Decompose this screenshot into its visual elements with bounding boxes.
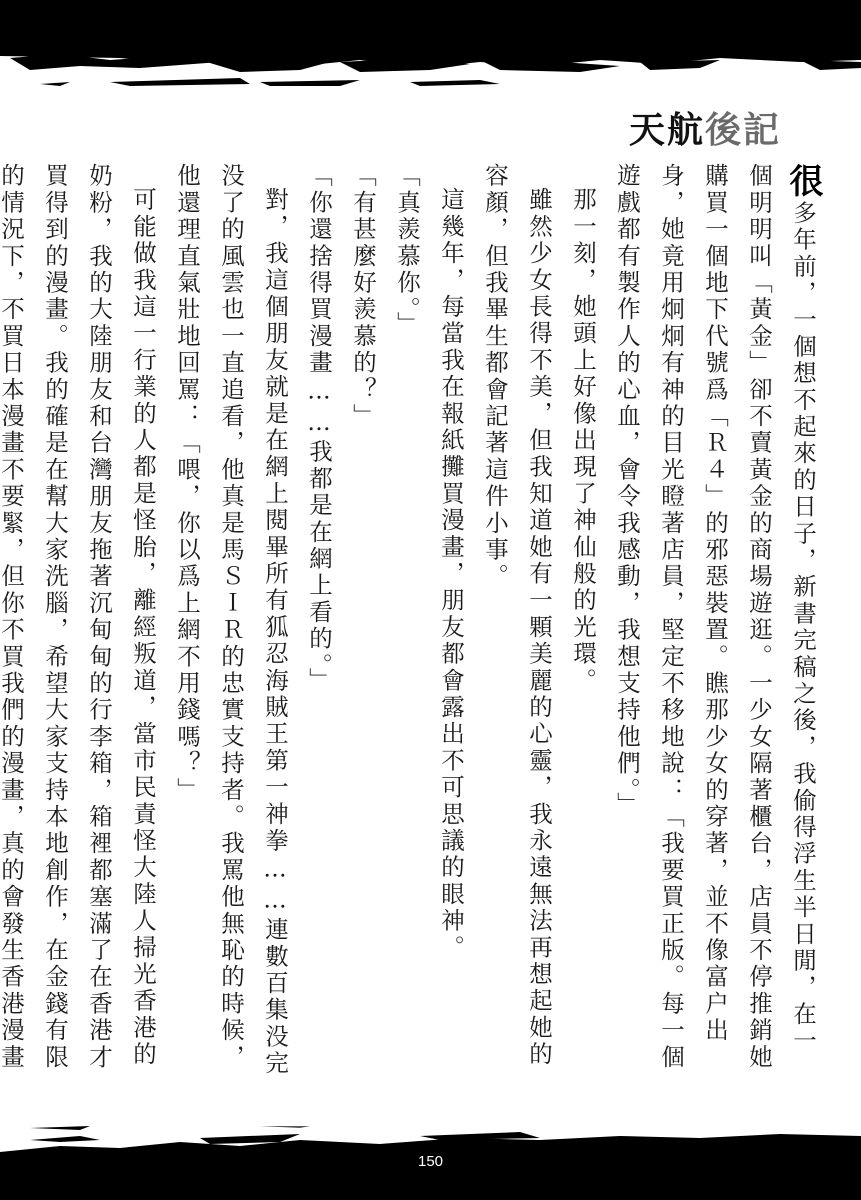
paragraph-1: 很多年前，一個想不起來的日子，新書完稿之後，我偷得浮生半日閒，在一個明明叫「黃金…	[605, 163, 825, 1078]
title-part-2: 後記	[705, 110, 781, 151]
top-brush-border	[0, 0, 861, 100]
paragraph-6: 可能做我這一行業的人都是怪胎，離經叛道，當市民責怪大陸人掃光香港的奶粉，我的大陸…	[0, 163, 165, 1078]
drop-cap: 很	[783, 163, 823, 200]
title-part-1: 天航	[629, 110, 705, 151]
page-number: 150	[0, 1153, 861, 1170]
body-text: 很多年前，一個想不起來的日子，新書完稿之後，我偷得浮生半日閒，在一個明明叫「黃金…	[35, 163, 825, 1078]
page-title: 天航後記	[629, 102, 781, 153]
paragraph-2: 那一刻，她頭上好像出現了神仙般的光環。	[561, 163, 605, 1078]
document-page: 天航後記 很多年前，一個想不起來的日子，新書完稿之後，我偷得浮生半日閒，在一個明…	[0, 0, 861, 1200]
dialogue-1: 「真羨慕你。」	[385, 163, 429, 1078]
paragraph-5: 對，我這個朋友就是在網上閱畢所有狐忍海賊王第一神拳……連數百集没完没了的風雲也一…	[165, 163, 297, 1078]
dialogue-2: 「有甚麼好羨慕的？」	[341, 163, 385, 1078]
paragraph-3: 雖然少女長得不美，但我知道她有一顆美麗的心靈，我永遠無法再想起她的容顏，但我畢生…	[473, 163, 561, 1078]
paragraph-4: 這幾年，每當我在報紙攤買漫畫，朋友都會露出不可思議的眼神。	[429, 163, 473, 1078]
dialogue-3: 「你還捨得買漫畫……我都是在網上看的。」	[297, 163, 341, 1078]
